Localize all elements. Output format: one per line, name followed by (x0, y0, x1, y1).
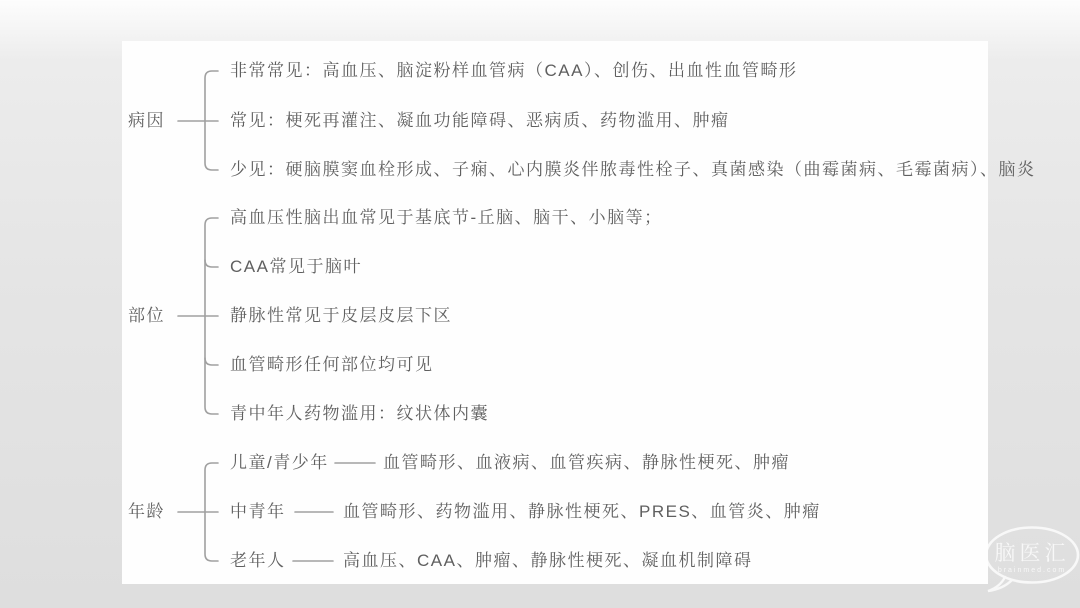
age-group-elderly-causes: 高血压、CAA、肿瘤、静脉性梗死、凝血机制障碍 (343, 548, 752, 574)
watermark-bubble-icon (986, 528, 1078, 583)
watermark-bubble-tail-icon (988, 577, 1012, 591)
branch-label-etiology: 病因 (128, 108, 165, 134)
age-group-children-label: 儿童/青少年 (230, 450, 329, 476)
etiology-item-rare: 少见：硬脑膜窦血栓形成、子痫、心内膜炎伴脓毒性栓子、真菌感染（曲霉菌病、毛霉菌病… (230, 157, 1036, 183)
age-group-elderly-label: 老年人 (230, 548, 286, 574)
etiology-item-common: 常见：梗死再灌注、凝血功能障碍、恶病质、药物滥用、肿瘤 (230, 108, 730, 134)
location-item-caa: CAA常见于脑叶 (230, 254, 362, 280)
branch-label-age: 年龄 (128, 499, 165, 525)
location-stub-2 (205, 260, 218, 267)
age-group-children-causes: 血管畸形、血液病、血管疾病、静脉性梗死、肿瘤 (383, 450, 790, 476)
branch-label-location: 部位 (128, 303, 165, 329)
location-stub-4 (205, 358, 218, 365)
age-group-midlife-causes: 血管畸形、药物滥用、静脉性梗死、PRES、血管炎、肿瘤 (343, 499, 821, 525)
slide-panel: 病因 非常常见：高血压、脑淀粉样血管病（CAA）、创伤、出血性血管畸形 常见：梗… (122, 41, 988, 584)
watermark-logo: 脑医汇 brainmed.com (975, 515, 1080, 607)
location-item-hypertensive: 高血压性脑出血常见于基底节-丘脑、脑干、小脑等； (230, 205, 663, 231)
age-group-midlife-label: 中青年 (230, 499, 286, 525)
watermark-text: 脑医汇 (995, 542, 1070, 565)
location-item-drug-abuse: 青中年人药物滥用：纹状体内囊 (230, 401, 489, 427)
etiology-item-very-common: 非常常见：高血压、脑淀粉样血管病（CAA）、创伤、出血性血管畸形 (230, 58, 797, 84)
watermark-domain: brainmed.com (998, 567, 1066, 574)
location-item-malformation: 血管畸形任何部位均可见 (230, 352, 434, 378)
location-item-venous: 静脉性常见于皮层皮层下区 (230, 303, 452, 329)
